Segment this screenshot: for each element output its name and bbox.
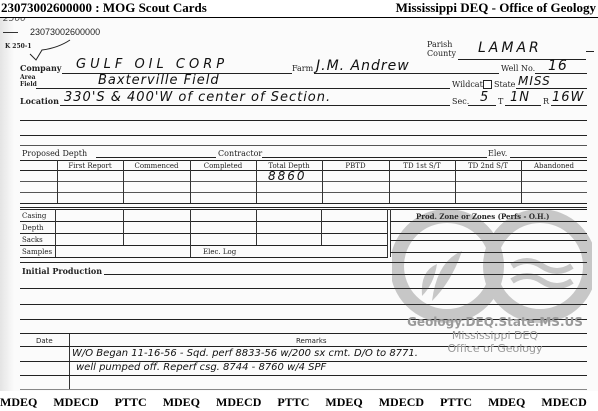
elev-label: Elev. xyxy=(488,149,507,158)
casing-col-divider xyxy=(55,209,56,257)
page-header: 23073002600000 : MOG Scout Cards Mississ… xyxy=(0,0,598,18)
watermark-url: Geology.DEQ.State.MS.US xyxy=(400,315,590,329)
sec-label: Sec. xyxy=(452,97,469,106)
blank-line xyxy=(20,288,587,289)
footer-sponsors: MDEQ MDECD PTTC MDEQ MDECD PTTC MDEQ MDE… xyxy=(0,393,598,411)
sec-value: 5 xyxy=(480,90,489,105)
casing-col-divider xyxy=(256,209,257,245)
casing-col-divider xyxy=(123,209,124,245)
township-label: T xyxy=(498,97,503,106)
scan-edge-shadow xyxy=(0,18,14,391)
col-header-commenced: Commenced xyxy=(123,162,190,170)
location-value: 330'S & 400'W of center of Section. xyxy=(64,90,331,105)
col-header-pbtd: PBTD xyxy=(322,162,389,170)
elec-log-label: Elec. Log xyxy=(203,248,236,256)
casing-top-double xyxy=(20,209,587,210)
footer-item: MDEQ xyxy=(488,395,525,409)
table-border-bottom xyxy=(20,203,587,204)
casing-row-line xyxy=(20,221,388,222)
field-label: Field xyxy=(20,81,37,88)
footer-item: PTTC xyxy=(115,395,147,409)
top-scrawl: 2500 xyxy=(3,18,26,24)
mdeq-logo-watermark xyxy=(392,206,592,326)
record-title: 23073002600000 : MOG Scout Cards xyxy=(1,0,207,16)
sec-underline xyxy=(468,105,496,106)
location-label: Location xyxy=(20,96,59,106)
col-header-abandoned: Abandoned xyxy=(521,162,587,170)
footer-item: MDECD xyxy=(216,395,261,409)
footer-item: MDECD xyxy=(541,395,586,409)
footer-item: PTTC xyxy=(277,395,309,409)
state-value: MISS xyxy=(518,74,551,88)
remark-row-2: well pumped off. Reperf csg. 8744 - 8760… xyxy=(76,362,326,373)
remark-row-1: W/O Began 11-16-56 - Sqd. perf 8833-56 w… xyxy=(72,348,418,359)
footer-item: MDEQ xyxy=(325,395,362,409)
prod-zone-line xyxy=(390,221,587,222)
watermark-agency: Mississippi DEQ xyxy=(400,329,590,342)
checkmark-icon xyxy=(28,38,74,66)
api-number: 23073002600000 xyxy=(30,27,100,37)
range-value: 16W xyxy=(552,90,584,105)
total-depth-value: 8860 xyxy=(268,169,307,183)
col-header-completed: Completed xyxy=(190,162,256,170)
parish-label: Parish xyxy=(427,40,452,49)
sacks-label: Sacks xyxy=(22,236,43,244)
township-underline xyxy=(505,105,541,106)
footer-item: MDEQ xyxy=(163,395,200,409)
remarks-header: Remarks xyxy=(296,337,327,345)
agency-title: Mississippi DEQ - Office of Geology xyxy=(396,0,596,16)
prod-zone-line xyxy=(390,233,587,234)
initial-production-label: Initial Production xyxy=(22,266,102,276)
blank-line-3 xyxy=(20,145,587,146)
table-row-line xyxy=(20,192,587,193)
contractor-label: Contractor xyxy=(218,149,262,158)
casing-row-line xyxy=(20,245,388,246)
blank-line-1 xyxy=(20,120,587,121)
footer-item: MDECD xyxy=(53,395,98,409)
blank-line xyxy=(20,304,587,305)
farm-label: Farm xyxy=(292,64,313,73)
watermark-office: Office of Geology xyxy=(400,342,590,355)
proposed-depth-underline xyxy=(96,157,216,158)
footer-item: MDEQ xyxy=(0,395,37,409)
casing-col-divider xyxy=(321,209,322,245)
state-underline xyxy=(516,88,587,89)
proposed-depth-label: Proposed Depth xyxy=(22,149,87,158)
remarks-row-line xyxy=(20,375,587,376)
county-label: County xyxy=(427,49,456,58)
casing-row-line xyxy=(20,233,388,234)
company-label: Company xyxy=(20,63,61,73)
initial-production-underline xyxy=(104,274,587,275)
col-header-td-1st: TD 1st S/T xyxy=(389,162,455,170)
well-no-label: Well No. xyxy=(501,64,535,73)
company-value: GULF OIL CORP xyxy=(76,57,228,72)
casing-col-divider xyxy=(190,209,191,257)
col-header-first-report: First Report xyxy=(57,162,123,170)
footer-item: PTTC xyxy=(440,395,472,409)
casing-col-divider xyxy=(387,209,388,257)
prod-zone-label: Prod. Zone or Zones (Perfs - O.H.) xyxy=(416,212,549,221)
elev-underline xyxy=(510,157,587,158)
state-label: State xyxy=(494,80,515,89)
prod-zone-line xyxy=(390,240,587,241)
wildcat-label: Wildcat xyxy=(452,80,483,89)
scout-card-image: 2500 23073002600000 K 250-1 Parish Count… xyxy=(0,18,598,391)
blank-line-2 xyxy=(20,135,587,136)
range-underline xyxy=(551,105,587,106)
dash-mark xyxy=(3,32,18,33)
casing-label: Casing xyxy=(22,212,46,220)
farm-value: J.M. Andrew xyxy=(316,58,410,74)
wildcat-checkbox[interactable] xyxy=(483,80,492,89)
remarks-row-line xyxy=(20,389,587,390)
footer-item: MDECD xyxy=(379,395,424,409)
range-label: R xyxy=(543,97,549,106)
field-value: Baxterville Field xyxy=(98,73,220,88)
casing-bottom xyxy=(20,257,388,258)
location-underline xyxy=(60,105,450,106)
township-value: 1N xyxy=(510,90,530,105)
contractor-underline xyxy=(262,157,487,158)
edge-tick xyxy=(586,51,594,52)
section-divider xyxy=(20,262,587,263)
table-border-top xyxy=(20,160,587,161)
casing-top xyxy=(20,207,587,208)
field-underline xyxy=(36,88,450,89)
county-value: LAMAR xyxy=(478,40,542,56)
col-header-td-2nd: TD 2nd S/T xyxy=(455,162,521,170)
well-no-value: 16 xyxy=(548,58,568,74)
samples-label: Samples xyxy=(22,248,52,256)
date-header: Date xyxy=(36,337,53,345)
prod-zone-line xyxy=(390,252,587,253)
depth-label: Depth xyxy=(22,224,44,232)
